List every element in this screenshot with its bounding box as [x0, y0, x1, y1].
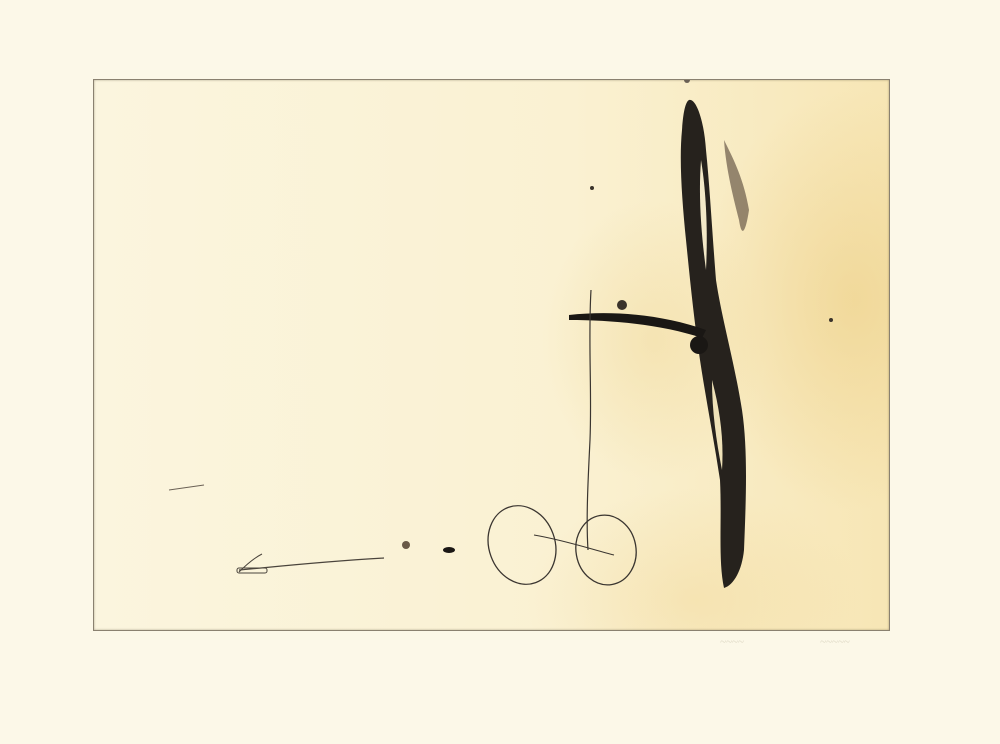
pencil-signature: ~~~~~	[820, 636, 850, 648]
pencil-title-mark: ~~~~	[720, 636, 744, 648]
etching-plate	[93, 79, 890, 631]
etching-drawing	[94, 80, 889, 630]
